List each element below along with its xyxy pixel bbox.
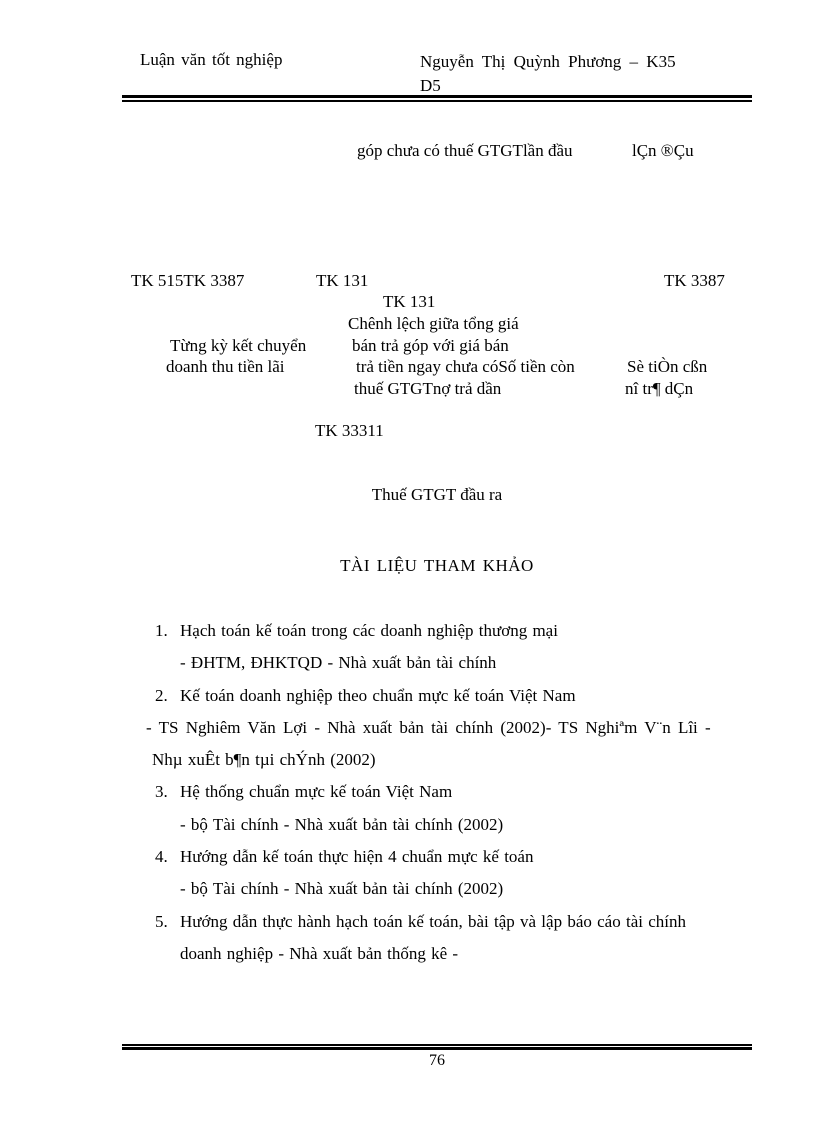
reference-text: - TS Nghiêm Văn Lợi - Nhà xuất bản tài c…: [146, 718, 711, 737]
reference-number: 1.: [155, 615, 180, 647]
reference-text: - bộ Tài chính - Nhà xuất bản tài chính …: [180, 815, 503, 834]
header-author-block: Nguyễn Thị Quỳnh Phương – K35 D5: [420, 50, 676, 98]
diagram-note-ban-tra-gop: bán trả góp với giá bán: [352, 336, 509, 356]
tk-515-3387-label: TK 515TK 3387: [131, 271, 244, 291]
header-document-title: Luận văn tốt nghiệp: [140, 50, 282, 70]
reference-text: - bộ Tài chính - Nhà xuất bản tài chính …: [180, 879, 503, 898]
reference-text: Nhµ xuÊt b¶n tµi chÝnh (2002): [152, 750, 376, 769]
reference-number: 3.: [155, 776, 180, 808]
reference-item-5-detail: doanh nghiệp - Nhà xuất bản thống kê -: [122, 938, 767, 970]
reference-text: Hướng dẫn kế toán thực hiện 4 chuẩn mực …: [180, 847, 533, 866]
reference-item-5: 5.Hướng dẫn thực hành hạch toán kế toán,…: [122, 906, 767, 938]
tk-131-label-2: TK 131: [383, 292, 435, 312]
diagram-note-gop-chua-co-thue: góp chưa có thuế GTGTlần đầu: [357, 141, 573, 161]
reference-text: Hệ thống chuẩn mực kế toán Việt Nam: [180, 782, 452, 801]
document-page: Luận văn tốt nghiệp Nguyễn Thị Quỳnh Phư…: [0, 0, 816, 1123]
reference-item-4-detail: - bộ Tài chính - Nhà xuất bản tài chính …: [122, 873, 767, 905]
tk-131-label: TK 131: [316, 271, 368, 291]
diagram-note-chenh-lech: Chênh lệch giữa tổng giá: [348, 314, 519, 334]
footer-rule: [122, 1044, 752, 1050]
reference-number: 2.: [155, 680, 180, 712]
reference-number: 4.: [155, 841, 180, 873]
reference-text: Hạch toán kế toán trong các doanh nghiệp…: [180, 621, 558, 640]
reference-item-1-detail: - ĐHTM, ĐHKTQD - Nhà xuất bản tài chính: [122, 647, 767, 679]
diagram-note-thue-gtgt-no: thuế GTGTnợ trả dần: [354, 379, 501, 399]
page-number: 76: [122, 1052, 752, 1070]
reference-text: Kế toán doanh nghiệp theo chuẩn mực kế t…: [180, 686, 576, 705]
reference-text: - ĐHTM, ĐHKTQD - Nhà xuất bản tài chính: [180, 653, 496, 672]
reference-item-2-detail: - TS Nghiêm Văn Lợi - Nhà xuất bản tài c…: [122, 712, 767, 744]
diagram-note-so-tien-con: Sè tiÒn cßn: [627, 357, 707, 377]
reference-number: 5.: [155, 906, 180, 938]
header-author-line1: Nguyễn Thị Quỳnh Phương – K35: [420, 50, 676, 74]
reference-text: doanh nghiệp - Nhà xuất bản thống kê -: [180, 944, 458, 963]
references-title: TÀI LIỆU THAM KHẢO: [122, 556, 752, 576]
reference-item-1: 1.Hạch toán kế toán trong các doanh nghi…: [122, 615, 767, 647]
diagram-note-doanh-thu: doanh thu tiền lãi: [166, 357, 285, 377]
reference-item-2-detail-2: Nhµ xuÊt b¶n tµi chÝnh (2002): [122, 744, 767, 776]
diagram-note-tra-tien-ngay: trả tiền ngay chưa cóSố tiền còn: [356, 357, 575, 377]
tk-3387-label: TK 3387: [664, 271, 725, 291]
diagram-note-tung-ky: Từng kỳ kết chuyển: [170, 336, 306, 356]
diagram-note-no-tra-dan: nî tr¶ dÇn: [625, 379, 693, 399]
diagram-note-lan-dau: lÇn ®Çu: [632, 141, 694, 161]
header-rule: [122, 95, 752, 102]
tk-33311-label: TK 33311: [315, 421, 384, 441]
references-list: 1.Hạch toán kế toán trong các doanh nghi…: [122, 615, 767, 970]
reference-item-3-detail: - bộ Tài chính - Nhà xuất bản tài chính …: [122, 809, 767, 841]
reference-item-2: 2.Kế toán doanh nghiệp theo chuẩn mực kế…: [122, 680, 767, 712]
thue-gtgt-dau-ra-label: Thuế GTGT đầu ra: [122, 485, 752, 505]
reference-text: Hướng dẫn thực hành hạch toán kế toán, b…: [180, 912, 686, 931]
reference-item-4: 4.Hướng dẫn kế toán thực hiện 4 chuẩn mự…: [122, 841, 767, 873]
reference-item-3: 3.Hệ thống chuẩn mực kế toán Việt Nam: [122, 776, 767, 808]
